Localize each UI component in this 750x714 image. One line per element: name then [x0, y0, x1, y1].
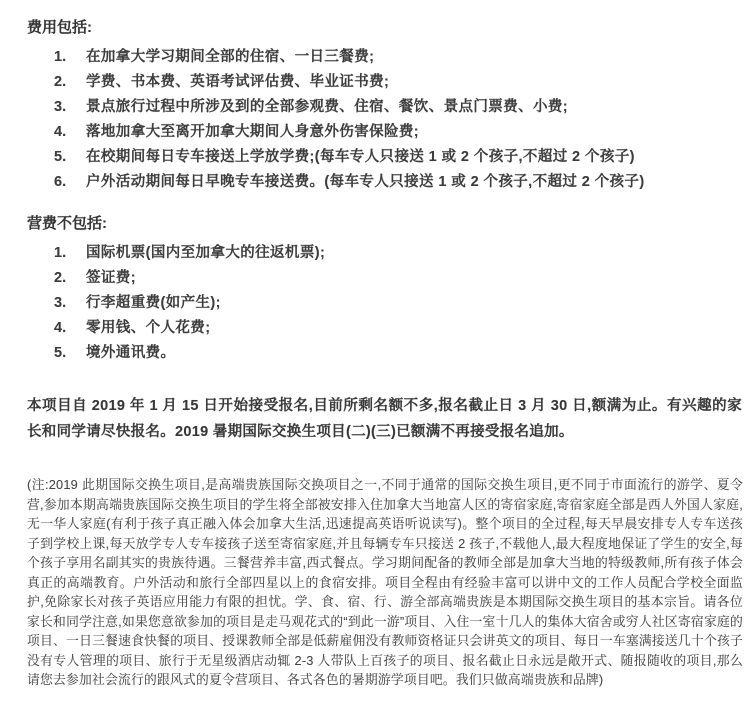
list-item-text: 户外活动期间每日早晚专车接送费。(每车专人只接送 1 或 2 个孩子,不超过 2…: [78, 170, 744, 195]
list-item-number: 2.: [54, 70, 78, 95]
program-footnote-paragraph: (注:2019 此期国际交换生项目,是高端贵族国际交换项目之一,不同于通常的国际…: [27, 475, 744, 690]
list-item: 6. 户外活动期间每日早晚专车接送费。(每车专人只接送 1 或 2 个孩子,不超…: [27, 170, 744, 195]
list-item-number: 5.: [54, 145, 78, 170]
list-item: 4. 落地加拿大至离开加拿大期间人身意外伤害保险费;: [27, 120, 744, 145]
list-item-text: 零用钱、个人花费;: [78, 316, 744, 341]
list-item: 2. 签证费;: [27, 266, 744, 291]
fees-excluded-title: 营费不包括:: [27, 212, 744, 236]
list-item-number: 2.: [54, 266, 78, 291]
list-item-number: 4.: [54, 120, 78, 145]
list-item: 1. 在加拿大学习期间全部的住宿、一日三餐费;: [27, 45, 744, 70]
list-item: 1. 国际机票(国内至加拿大的往返机票);: [27, 241, 744, 266]
list-item-text: 行李超重费(如产生);: [78, 291, 744, 316]
list-item-text: 景点旅行过程中所涉及到的全部参观费、住宿、餐饮、景点门票费、小费;: [78, 95, 744, 120]
list-item-text: 境外通讯费。: [78, 341, 744, 366]
list-item-number: 3.: [54, 291, 78, 316]
list-item-number: 1.: [54, 45, 78, 70]
enrollment-deadline-paragraph: 本项目自 2019 年 1 月 15 日开始接受报名,目前所剩名额不多,报名截止…: [27, 393, 744, 445]
list-item-number: 1.: [54, 241, 78, 266]
list-item-number: 5.: [54, 341, 78, 366]
list-item-number: 3.: [54, 95, 78, 120]
fees-excluded-section: 营费不包括: 1. 国际机票(国内至加拿大的往返机票); 2. 签证费; 3. …: [27, 212, 744, 366]
list-item: 3. 行李超重费(如产生);: [27, 291, 744, 316]
fees-excluded-list: 1. 国际机票(国内至加拿大的往返机票); 2. 签证费; 3. 行李超重费(如…: [27, 241, 744, 366]
list-item: 5. 境外通讯费。: [27, 341, 744, 366]
fees-included-list: 1. 在加拿大学习期间全部的住宿、一日三餐费; 2. 学费、书本费、英语考试评估…: [27, 45, 744, 195]
section-divider-space: [27, 195, 744, 212]
document-page: 费用包括: 1. 在加拿大学习期间全部的住宿、一日三餐费; 2. 学费、书本费、…: [0, 0, 750, 714]
fees-included-title: 费用包括:: [27, 16, 744, 40]
list-item: 2. 学费、书本费、英语考试评估费、毕业证书费;: [27, 70, 744, 95]
list-item-text: 国际机票(国内至加拿大的往返机票);: [78, 241, 744, 266]
fees-included-section: 费用包括: 1. 在加拿大学习期间全部的住宿、一日三餐费; 2. 学费、书本费、…: [27, 16, 744, 195]
list-item-text: 落地加拿大至离开加拿大期间人身意外伤害保险费;: [78, 120, 744, 145]
list-item-text: 签证费;: [78, 266, 744, 291]
list-item-text: 在加拿大学习期间全部的住宿、一日三餐费;: [78, 45, 744, 70]
list-item: 5. 在校期间每日专车接送上学放学费;(每车专人只接送 1 或 2 个孩子,不超…: [27, 145, 744, 170]
list-item: 3. 景点旅行过程中所涉及到的全部参观费、住宿、餐饮、景点门票费、小费;: [27, 95, 744, 120]
list-item-number: 6.: [54, 170, 78, 195]
list-item-text: 在校期间每日专车接送上学放学费;(每车专人只接送 1 或 2 个孩子,不超过 2…: [78, 145, 744, 170]
list-item-number: 4.: [54, 316, 78, 341]
list-item-text: 学费、书本费、英语考试评估费、毕业证书费;: [78, 70, 744, 95]
list-item: 4. 零用钱、个人花费;: [27, 316, 744, 341]
